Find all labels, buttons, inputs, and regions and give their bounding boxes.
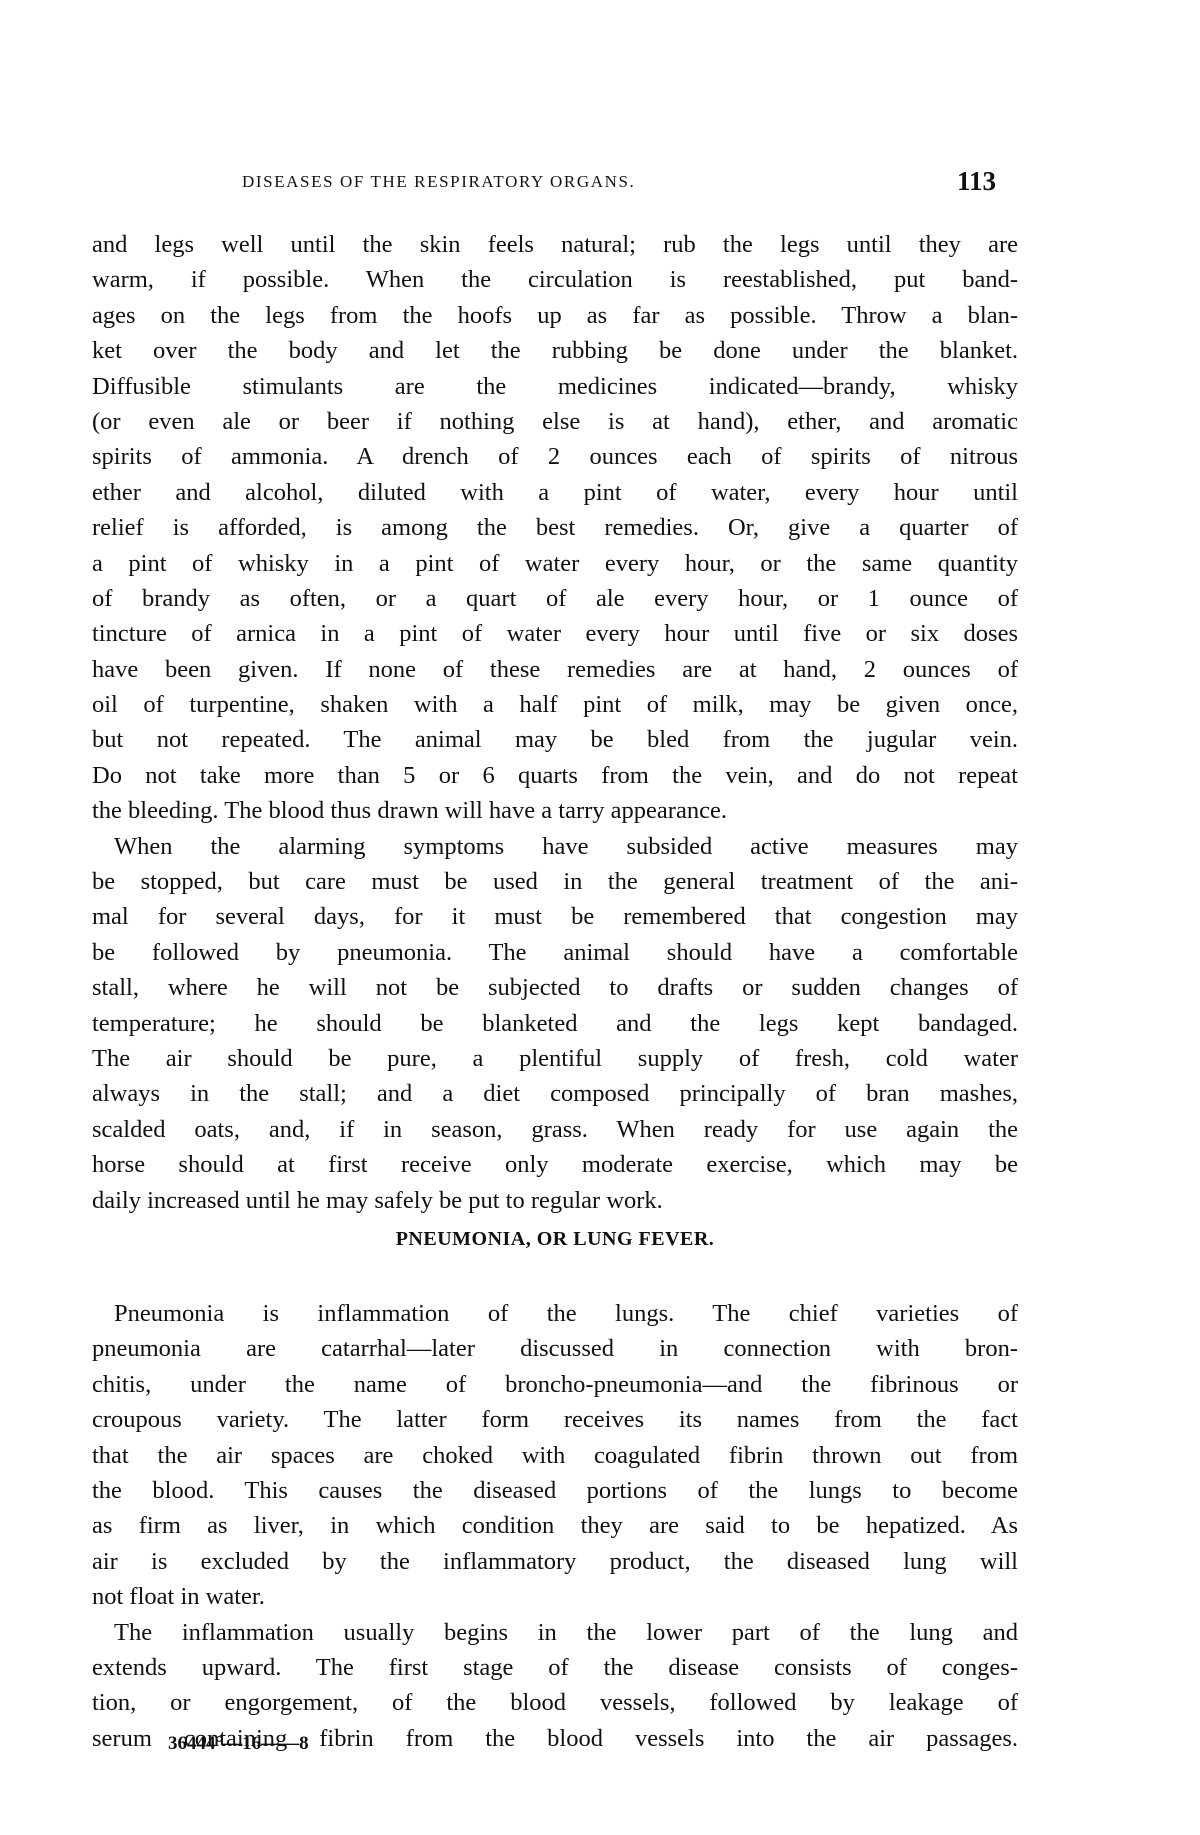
body-text-section-1: and legs well until the skin feels natur… [92, 227, 1018, 1218]
text-line: horse should at first receive only moder… [92, 1147, 1018, 1182]
text-line: always in the stall; and a diet composed… [92, 1076, 1018, 1111]
text-line: that the air spaces are choked with coag… [92, 1438, 1018, 1473]
text-line: ether and alcohol, diluted with a pint o… [92, 475, 1018, 510]
text-line: but not repeated. The animal may be bled… [92, 722, 1018, 757]
text-line: a pint of whisky in a pint of water ever… [92, 546, 1018, 581]
text-line: tion, or engorgement, of the blood vesse… [92, 1685, 1018, 1720]
text-line: relief is afforded, is among the best re… [92, 510, 1018, 545]
text-line: extends upward. The first stage of the d… [92, 1650, 1018, 1685]
text-line: The air should be pure, a plentiful supp… [92, 1041, 1018, 1076]
text-line: have been given. If none of these remedi… [92, 652, 1018, 687]
text-line: Diffusible stimulants are the medicines … [92, 369, 1018, 404]
printer-signature-mark: 36444°—16——8 [168, 1733, 309, 1755]
paragraph: Pneumonia is inflammation of the lungs. … [92, 1296, 1018, 1615]
text-line: air is excluded by the inflammatory prod… [92, 1544, 1018, 1579]
text-line: stall, where he will not be subjected to… [92, 970, 1018, 1005]
page-number: 113 [957, 166, 996, 197]
text-line: temperature; he should be blanketed and … [92, 1006, 1018, 1041]
text-line: ket over the body and let the rubbing be… [92, 333, 1018, 368]
text-line: daily increased until he may safely be p… [92, 1183, 1018, 1218]
text-line: spirits of ammonia. A drench of 2 ounces… [92, 439, 1018, 474]
text-line: Pneumonia is inflammation of the lungs. … [92, 1296, 1018, 1331]
text-line: The inflammation usually begins in the l… [92, 1615, 1018, 1650]
text-line: tincture of arnica in a pint of water ev… [92, 616, 1018, 651]
text-line: oil of turpentine, shaken with a half pi… [92, 687, 1018, 722]
text-line: Do not take more than 5 or 6 quarts from… [92, 758, 1018, 793]
running-title: DISEASES OF THE RESPIRATORY ORGANS. [242, 172, 635, 192]
text-line: the bleeding. The blood thus drawn will … [92, 793, 1018, 828]
text-line: croupous variety. The latter form receiv… [92, 1402, 1018, 1437]
text-line: as firm as liver, in which condition the… [92, 1508, 1018, 1543]
text-line: warm, if possible. When the circulation … [92, 262, 1018, 297]
text-line: the blood. This causes the diseased port… [92, 1473, 1018, 1508]
text-line: pneumonia are catarrhal—later discussed … [92, 1331, 1018, 1366]
book-page: DISEASES OF THE RESPIRATORY ORGANS. 113 … [0, 0, 1200, 1835]
text-line: chitis, under the name of broncho-pneumo… [92, 1367, 1018, 1402]
section-heading: PNEUMONIA, OR LUNG FEVER. [92, 1228, 1018, 1251]
text-line: be stopped, but care must be used in the… [92, 864, 1018, 899]
body-text-section-2: Pneumonia is inflammation of the lungs. … [92, 1296, 1018, 1756]
text-line: When the alarming symptoms have subsided… [92, 829, 1018, 864]
paragraph: and legs well until the skin feels natur… [92, 227, 1018, 829]
text-line: ages on the legs from the hoofs up as fa… [92, 298, 1018, 333]
text-line: not float in water. [92, 1579, 1018, 1614]
text-line: of brandy as often, or a quart of ale ev… [92, 581, 1018, 616]
text-line: be followed by pneumonia. The animal sho… [92, 935, 1018, 970]
text-line: (or even ale or beer if nothing else is … [92, 404, 1018, 439]
text-line: scalded oats, and, if in season, grass. … [92, 1112, 1018, 1147]
text-line: mal for several days, for it must be rem… [92, 899, 1018, 934]
text-line: and legs well until the skin feels natur… [92, 227, 1018, 262]
paragraph: When the alarming symptoms have subsided… [92, 829, 1018, 1218]
running-head: DISEASES OF THE RESPIRATORY ORGANS. 113 [92, 166, 1018, 196]
